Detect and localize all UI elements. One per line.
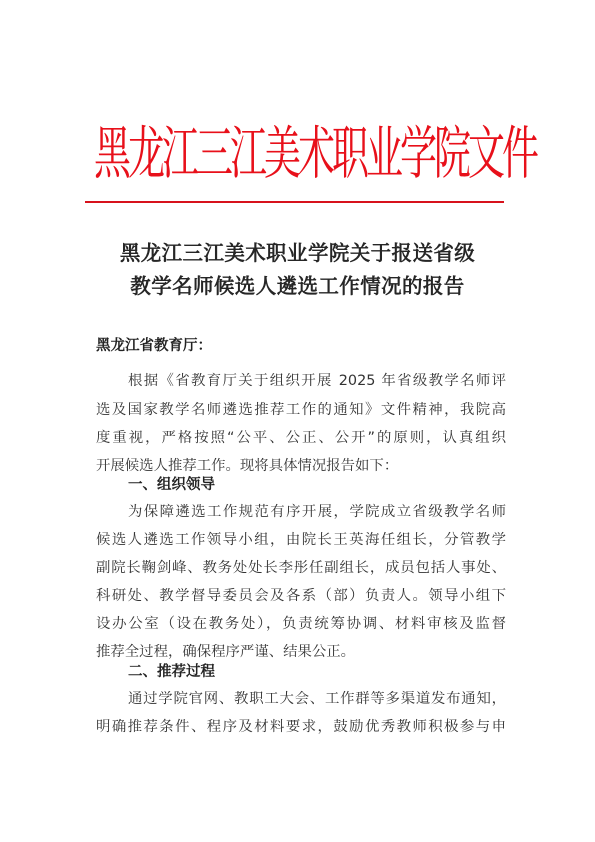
intro-line: 度重视，严格按照“公平、公正、公开”的原则，认真组织	[96, 426, 506, 447]
section-line: 为保障遴选工作规范有序开展，学院成立省级教学名师	[128, 500, 506, 521]
section-line: 科研处、教学督导委员会及各系（部）负责人。领导小组下	[96, 584, 506, 605]
section-heading-organization: 一、组织领导	[128, 473, 215, 494]
section-line: 副院长鞠剑峰、教务处处长李彤任副组长，成员包括人事处、	[96, 556, 506, 577]
section-line: 通过学院官网、教职工大会、工作群等多渠道发布通知，	[128, 687, 506, 708]
document-title-line-2: 教学名师候选人遴选工作情况的报告	[0, 269, 595, 299]
section-line: 设办公室（设在教务处），负责统筹协调、材料审核及监督	[96, 612, 506, 633]
document-title-line-1: 黑龙江三江美术职业学院关于报送省级	[0, 236, 595, 266]
salutation: 黑龙江省教育厅：	[96, 334, 212, 355]
intro-line: 根据《省教育厅关于组织开展 2025 年省级教学名师评	[128, 369, 506, 390]
section-line: 明确推荐条件、程序及材料要求，鼓励优秀教师积极参与申	[96, 715, 506, 736]
section-heading-process: 二、推荐过程	[128, 660, 215, 681]
intro-line: 选及国家教学名师遴选推荐工作的通知》文件精神，我院高	[96, 398, 506, 419]
section-line: 推荐全过程，确保程序严谨、结果公正。	[96, 640, 506, 661]
section-line: 候选人遴选工作领导小组，由院长王英海任组长，分管教学	[96, 528, 506, 549]
letterhead-title: 黑龙江三江美术职业学院文件	[94, 108, 514, 201]
intro-line: 开展候选人推荐工作。现将具体情况报告如下：	[96, 454, 506, 475]
letterhead-rule	[85, 201, 504, 203]
